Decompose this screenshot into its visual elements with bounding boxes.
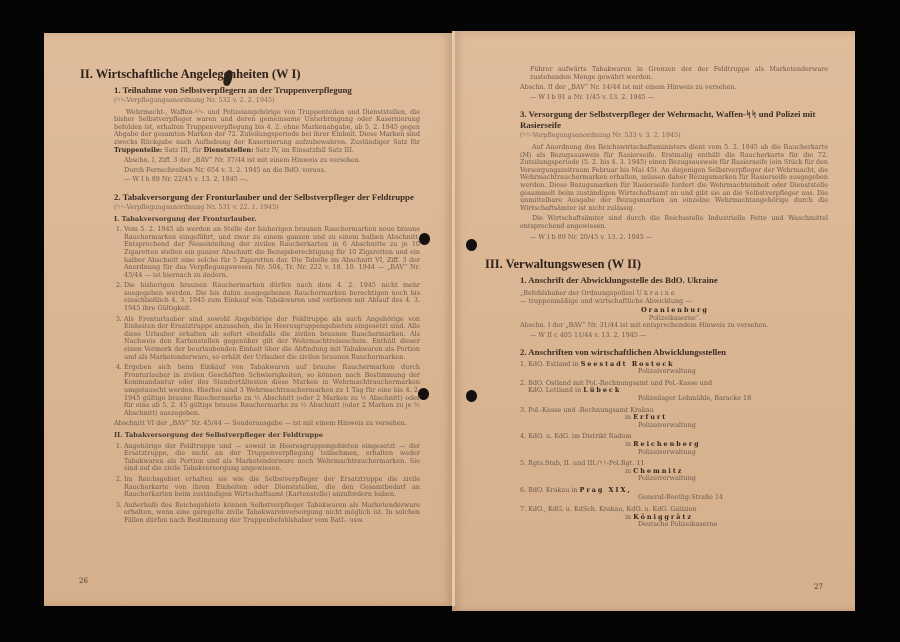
city-name: Prag XIX, [580, 486, 632, 494]
paragraph-teilnahme: Wehrmacht-, Waffen-ᛋᛋ- und Polizeiangehö… [114, 109, 420, 155]
right-page-section3: III. Verwaltungswesen (W II) 1. Anschrif… [485, 257, 830, 533]
subheading-fronturlauber: I. Tabakversorgung der Fronturlauber. [114, 216, 420, 224]
heading-anschriften: 2. Anschriften von wirtschaftlichen Abwi… [520, 347, 830, 358]
city-name: Erfurt [633, 413, 667, 421]
heading-rasierseife: 3. Versorgung der Selbstverpfleger der W… [520, 109, 828, 131]
address-place: Polizeiverwaltung [520, 449, 830, 457]
list-item: Die bisherigen braunen Rauchermarken dür… [124, 282, 420, 312]
address-place: Polizeiverwaltung [520, 422, 830, 430]
section-title-wirtschaft: II. Wirtschaftliche Angelegenheiten (W I… [80, 67, 420, 81]
address-place: General-Boetlig-Straße 14 [520, 494, 830, 502]
list-fronturlauber: Vom 5. 2. 1945 ab werden an Stelle der b… [114, 226, 420, 417]
reference-line: — W I h 89 Nr. 22/45 v. 13. 2. 1945 —. [124, 176, 420, 184]
address-place: Deutsche Polizeikaserne [520, 521, 830, 529]
section-title-verwaltung: III. Verwaltungswesen (W II) [485, 257, 830, 271]
reference-line: Abschn. I der „BAV“ Nr. 31/44 ist mit en… [520, 322, 830, 330]
page-number-left: 26 [79, 577, 88, 585]
reference-line: Abschn. II der „BAV“ Nr. 14/44 ist mit e… [520, 84, 828, 92]
heading-anschrift-ukraine: 1. Anschrift der Abwicklungsstelle des B… [520, 275, 830, 286]
left-page-content: II. Wirtschaftliche Angelegenheiten (W I… [80, 67, 420, 528]
address-entry: 7. KdO., KdG. u. KdSch. Krakau, KdO. u. … [520, 506, 830, 529]
binder-hole [466, 239, 477, 251]
heading-tabakversorgung: 2. Tabakversorgung der Fronturlauber und… [114, 192, 420, 203]
reference-line: Durch Fernschreiben Nr. 654 v. 3. 2. 194… [124, 167, 420, 175]
address-entry: 1. KdO. Estland in Seestadt RostockPoliz… [520, 361, 830, 376]
city-name: Lübeck [583, 386, 621, 394]
list-item: Angehörige der Feldtruppe und — soweit i… [124, 443, 420, 473]
address-place: Polizeiverwaltung [520, 368, 830, 376]
paragraph-wirtschaftsaemter: Die Wirtschaftsämter sind durch die Reic… [520, 215, 828, 230]
page-number-right: 27 [814, 583, 823, 591]
source-note: (ᛋᛋ-Verpflegungsanordnung Nr. 533 v. 3. … [520, 132, 828, 140]
continuation-paragraph: Führer aufwärts Tabakwaren in Grenzen de… [520, 66, 828, 81]
list-item: Außerhalb des Reichsgebiets können Selbs… [124, 502, 420, 525]
right-page-content: Führer aufwärts Tabakwaren in Grenzen de… [520, 66, 828, 249]
heading-teilnahme: 1. Teilnahme von Selbstverpflegern an de… [114, 85, 420, 96]
book-gutter [452, 31, 455, 606]
paragraph-rasierseife: Auf Anordnung des Reichswirtschaftsminis… [520, 144, 828, 212]
address-entry: 5. Rgts.Stab, II. und III./ᛋᛋ-Pol.Rgt. 1… [520, 460, 830, 483]
address-line: — truppenmäßige und wirtschaftliche Abwi… [520, 298, 830, 306]
city-name: Reichenberg [633, 440, 700, 448]
reference-line: — W I b 89 Nr. 20/45 v. 13. 2. 1945 — [530, 234, 828, 242]
address-place: Polizeilager Lohmühle, Baracke 18 [520, 395, 830, 403]
reference-line: — W II c 405 11/44 v. 13. 2. 1945 — [530, 332, 830, 340]
address-entry: 3. Pol.-Kasse und -Rechnungsamt Krakauin… [520, 407, 830, 430]
list-item: Im Reichsgebiet erhalten sie wie die Sel… [124, 476, 420, 499]
address-entry: 2. BdO. Ostland mit Pol.-Rechnungsamt un… [520, 380, 830, 403]
source-note: (ᛋᛋ-Verpflegungsanordnung Nr. 532 v. 2. … [114, 97, 420, 105]
source-note: (ᛋᛋ-Verpflegungsanordnung Nr. 531 v. 22.… [114, 204, 420, 212]
list-item: Ergeben sich beim Einkauf von Tabakwaren… [124, 364, 420, 417]
address-entry: 6. BdO. Krakau in Prag XIX,General-Boetl… [520, 487, 830, 502]
address-list: 1. KdO. Estland in Seestadt RostockPoliz… [520, 361, 830, 529]
binder-hole [466, 390, 477, 402]
reference-line: Abschn. I, Ziff. 3 der „BAV“ Nr. 37/44 i… [124, 157, 420, 165]
subheading-selbstverpfleger: II. Tabakversorgung der Selbstverpfleger… [114, 432, 420, 440]
address-place: Polizeiverwaltung [520, 475, 830, 483]
reference-line: — W I b 91 a Nr. 1/45 v. 13. 2. 1945 — [530, 94, 828, 102]
list-selbstverpfleger: Angehörige der Feldtruppe und — soweit i… [114, 443, 420, 525]
list-item: Vom 5. 2. 1945 ab werden an Stelle der b… [124, 226, 420, 279]
address-entry: 4. KdO. u. KdG. im Distrikt Radomin Reic… [520, 433, 830, 456]
binder-hole [419, 233, 430, 245]
list-item: Als Fronturlauber sind sowohl Angehörige… [124, 316, 420, 362]
reference-line: Abschnitt VI der „BAV“ Nr. 45/44 — Sonde… [114, 420, 420, 428]
